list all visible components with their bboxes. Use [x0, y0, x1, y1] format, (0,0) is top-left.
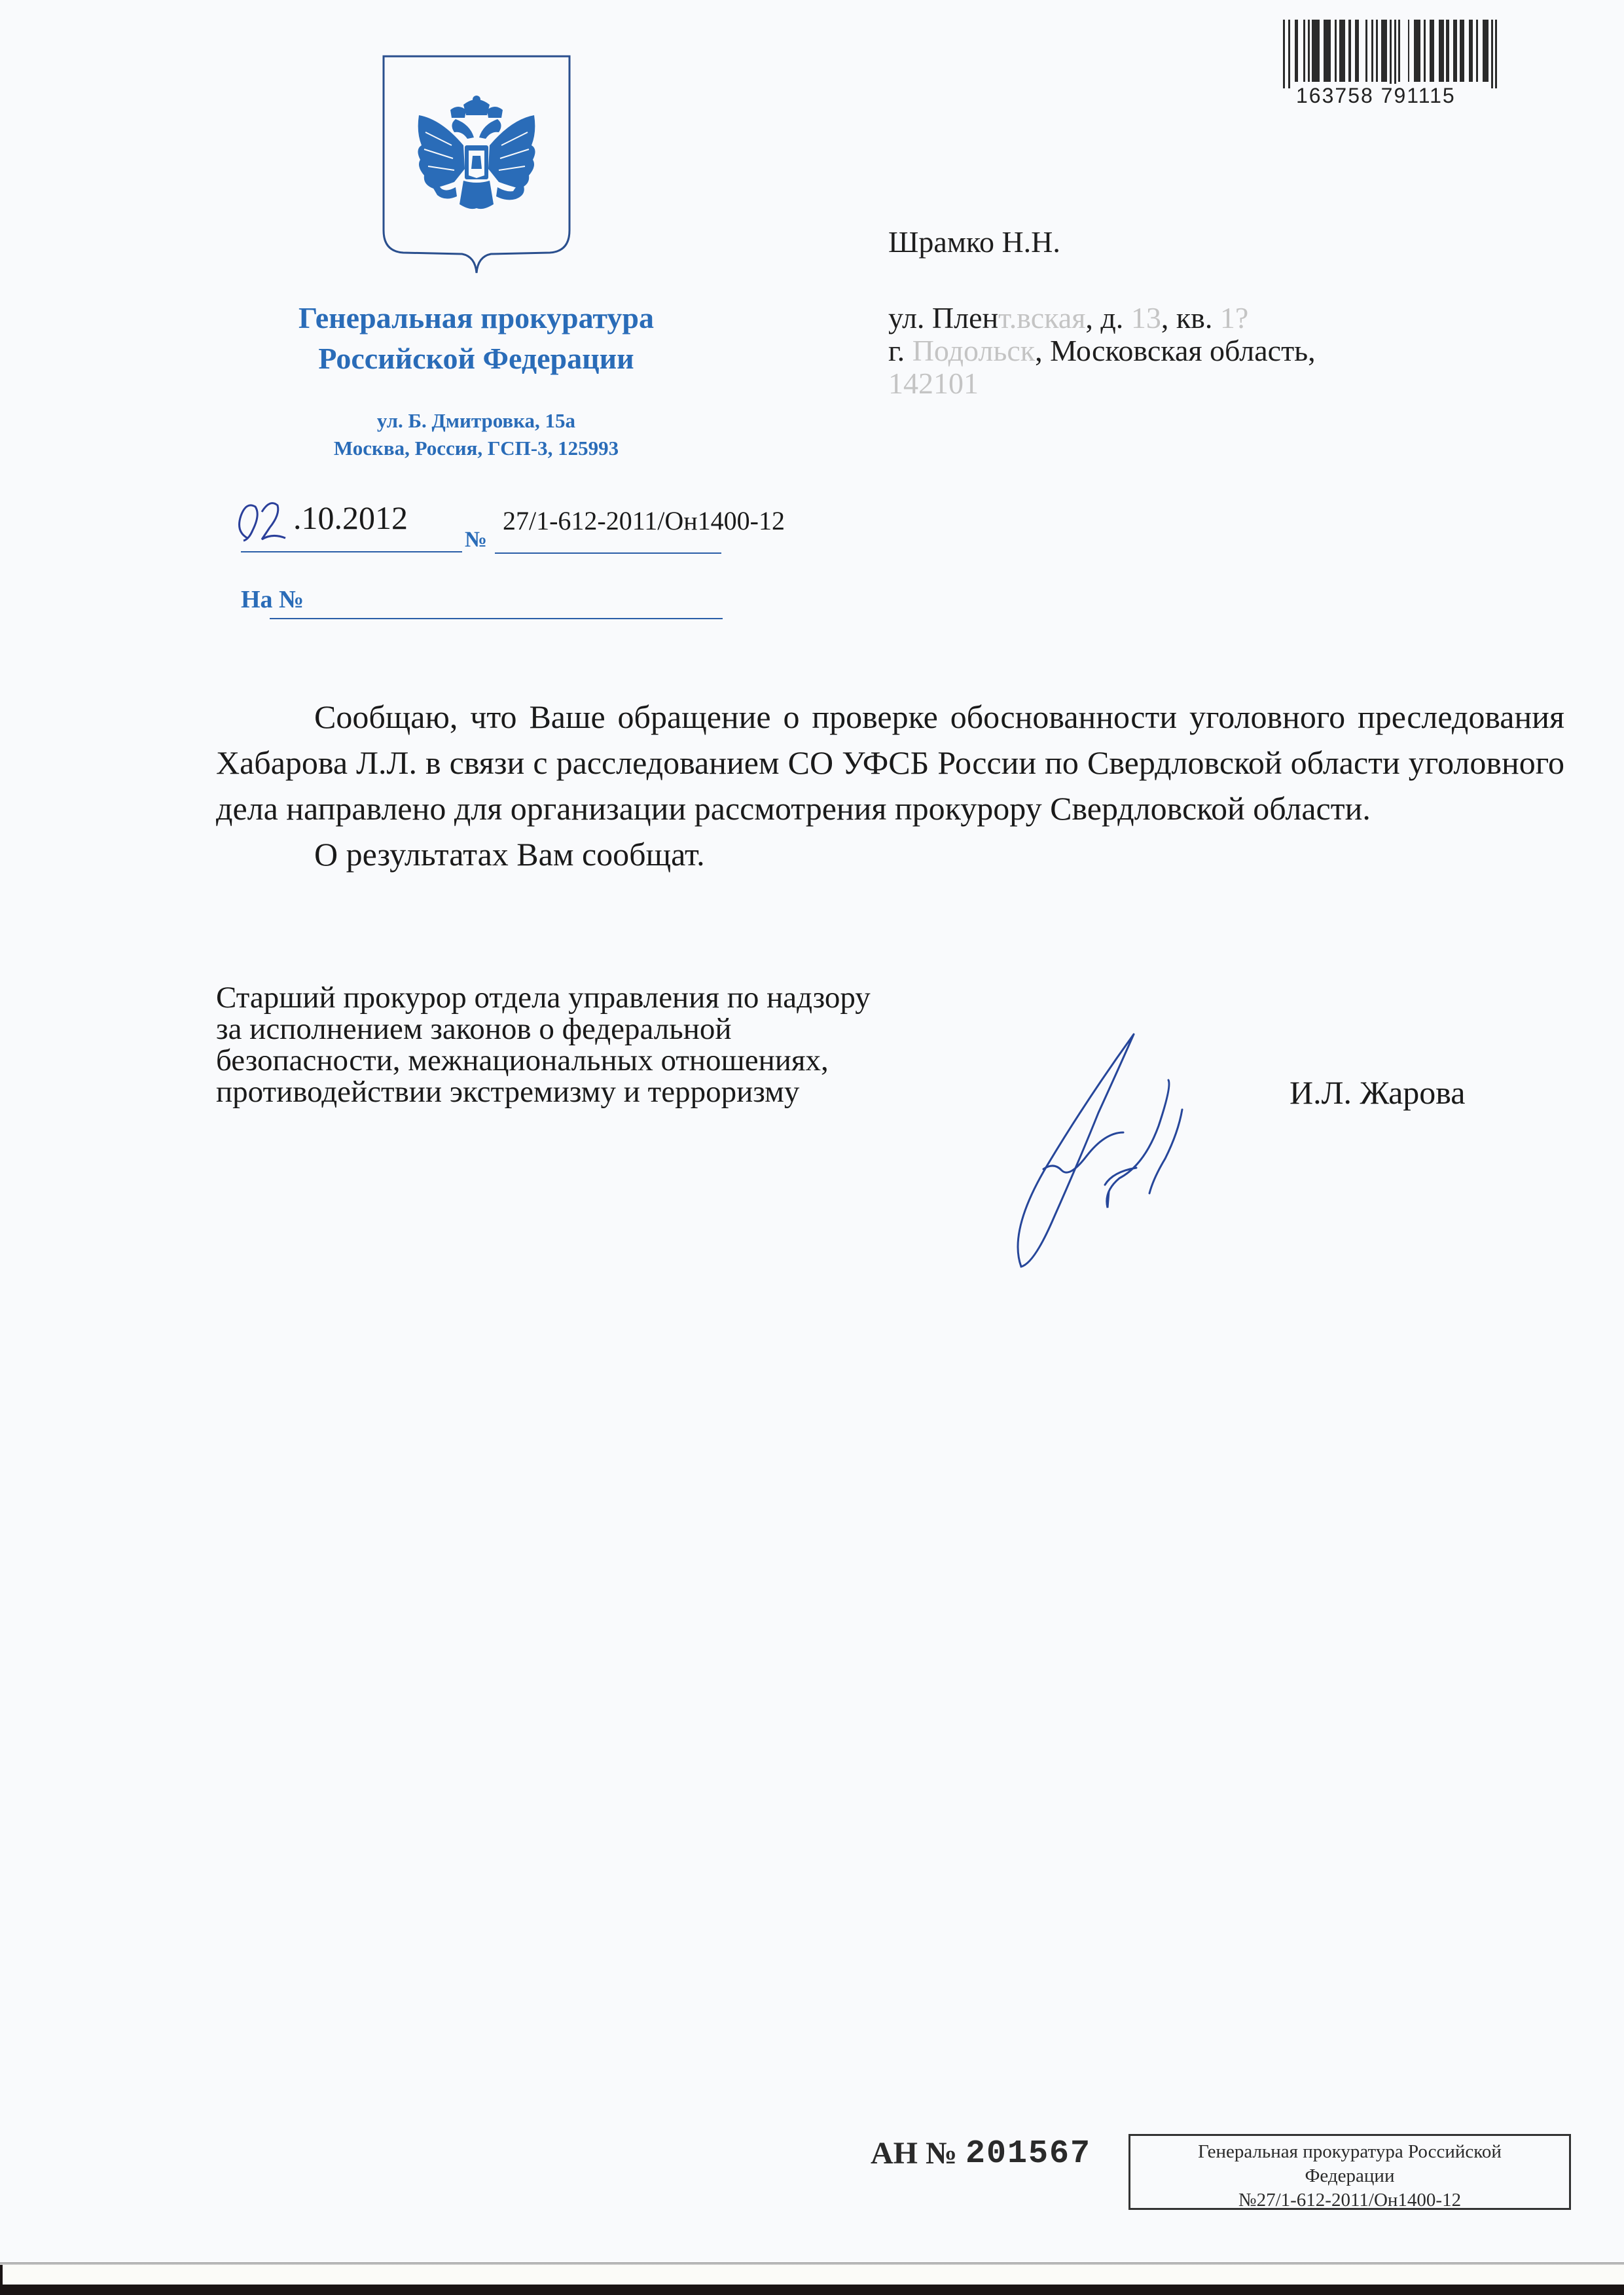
- addressee-name: Шрамко Н.Н.: [888, 226, 1316, 259]
- reply-to-underline: [270, 618, 723, 619]
- signer-title: Старший прокурор отдела управления по на…: [216, 982, 1067, 1108]
- signer-title-line1: Старший прокурор отдела управления по на…: [216, 982, 1067, 1013]
- apartment-label: , кв.: [1161, 301, 1220, 334]
- addressee-block: Шрамко Н.Н. ул. Плент.вская, д. 13, кв. …: [888, 226, 1316, 400]
- form-number: 201567: [965, 2135, 1091, 2173]
- organization-name-line1: Генеральная прокуратура: [236, 298, 717, 338]
- signature-icon: [988, 1002, 1185, 1276]
- apartment-redacted: 1?: [1220, 301, 1248, 334]
- signer-title-line3: безопасности, межнациональных отношениях…: [216, 1045, 1067, 1076]
- city-redacted: Подольск: [912, 334, 1035, 367]
- addressee-street: ул. Плент.вская, д. 13, кв. 1?: [888, 302, 1316, 334]
- addressee-postal-code: 142101: [888, 367, 1316, 400]
- barcode: 163758 791115: [1282, 20, 1498, 101]
- addressee-city: г. Подольск, Московская область,: [888, 334, 1316, 367]
- form-series: АН №: [871, 2135, 957, 2171]
- organization-name-line2: Российской Федерации: [236, 338, 717, 379]
- signer-title-line4: противодействии экстремизму и терроризму: [216, 1076, 1067, 1108]
- number-underline: [495, 552, 721, 554]
- house-label: , д.: [1085, 301, 1130, 334]
- date-underline: [241, 551, 462, 552]
- number-sign: №: [465, 528, 487, 552]
- body-paragraph-1: Сообщаю, что Ваше обращение о проверке о…: [216, 694, 1564, 831]
- organization-address-line2: Москва, Россия, ГСП-3, 125993: [236, 435, 717, 462]
- street-visible: ул. Плен: [888, 301, 998, 334]
- body-paragraph-2: О результатах Вам сообщат.: [216, 831, 1564, 877]
- letter-body: Сообщаю, что Ваше обращение о проверке о…: [216, 694, 1564, 877]
- letter-page: 163758 791115: [0, 0, 1624, 2265]
- stamp-line3: №27/1-612-2011/Он1400-12: [1130, 2188, 1569, 2213]
- reply-to-label: На №: [241, 585, 304, 614]
- signer-name: И.Л. Жарова: [1290, 1074, 1465, 1111]
- barcode-bars-icon: [1282, 20, 1498, 88]
- region: , Московская область,: [1035, 334, 1316, 367]
- scanner-strip: [3, 2265, 1624, 2285]
- stamp-line2: Федерации: [1130, 2164, 1569, 2188]
- registration-stamp: Генеральная прокуратура Российской Федер…: [1128, 2134, 1571, 2210]
- letter-date: .10.2012: [293, 499, 408, 537]
- outgoing-number: 27/1-612-2011/Он1400-12: [503, 505, 785, 536]
- coat-of-arms-icon: [378, 47, 575, 276]
- handwritten-date-icon: [236, 492, 295, 545]
- signer-title-line2: за исполнением законов о федеральной: [216, 1013, 1067, 1045]
- barcode-number: 163758 791115: [1293, 84, 1458, 108]
- street-redacted: т.вская: [998, 301, 1085, 334]
- organization-address-line1: ул. Б. Дмитровка, 15а: [236, 407, 717, 435]
- city-prefix: г.: [888, 334, 912, 367]
- organization-name: Генеральная прокуратура Российской Федер…: [236, 298, 717, 379]
- organization-address: ул. Б. Дмитровка, 15а Москва, Россия, ГС…: [236, 407, 717, 462]
- house-redacted: 13: [1131, 301, 1161, 334]
- stamp-line1: Генеральная прокуратура Российской: [1130, 2140, 1569, 2164]
